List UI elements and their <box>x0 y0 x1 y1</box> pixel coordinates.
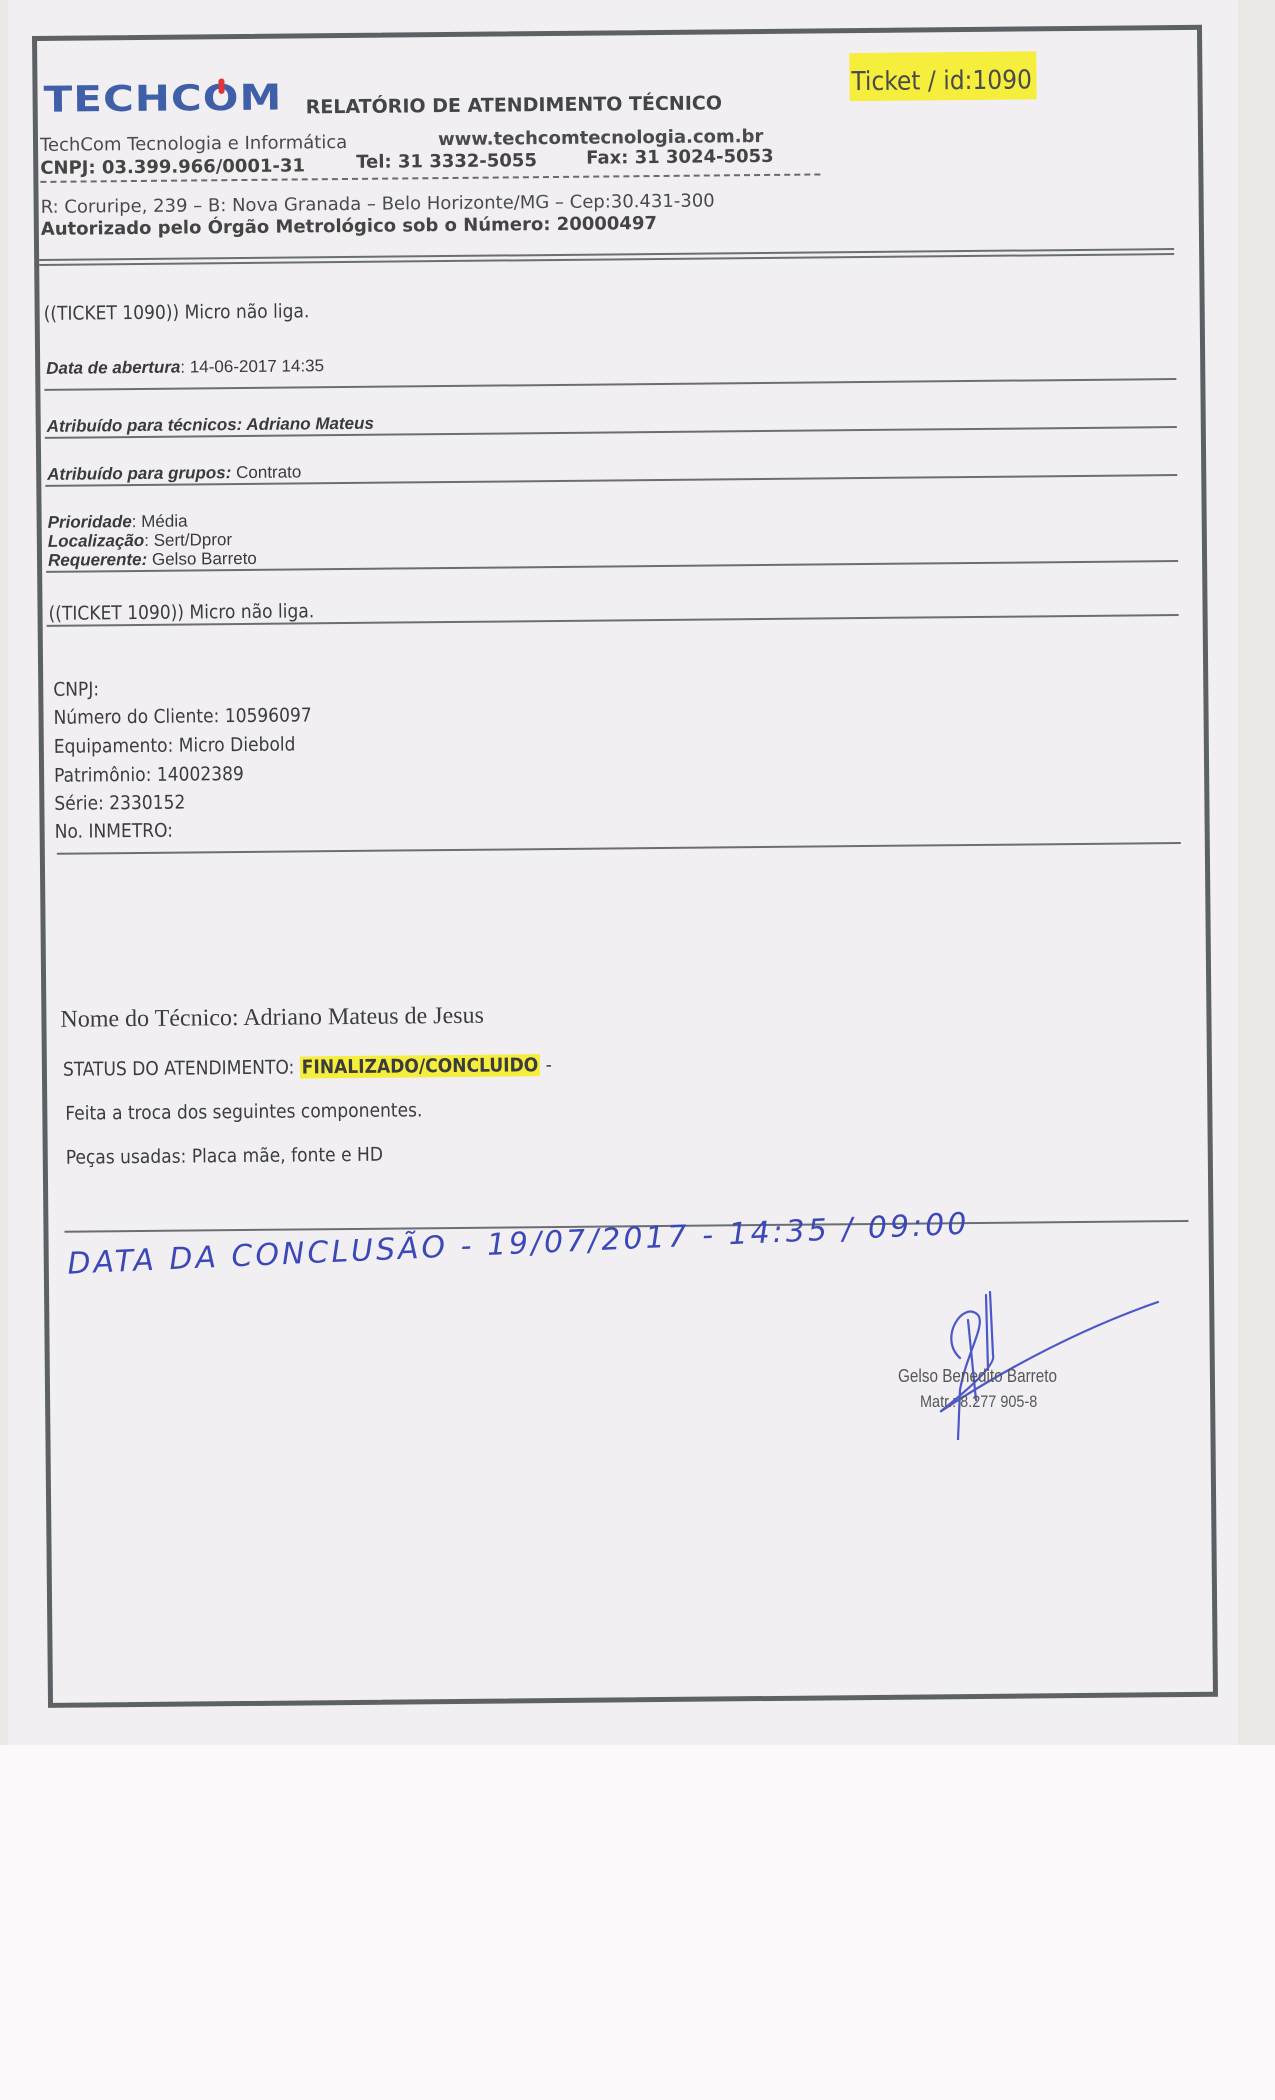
status-label: STATUS DO ATENDIMENTO: <box>63 1056 300 1080</box>
asset-number: Patrimônio: 14002389 <box>54 763 244 787</box>
opening-date-value: : 14-06-2017 14:35 <box>180 356 324 376</box>
priority: Prioridade: Média <box>48 512 188 533</box>
power-icon: O <box>203 77 240 119</box>
service-status: STATUS DO ATENDIMENTO: FINALIZADO/CONCLU… <box>63 1054 552 1081</box>
ticket-description: ((TICKET 1090)) Micro não liga. <box>48 600 314 625</box>
assigned-groups-label: Atribuído para grupos: <box>47 463 231 484</box>
inmetro-number: No. INMETRO: <box>55 820 174 843</box>
company-phone: Tel: 31 3332-5055 <box>356 150 537 173</box>
location-value: : Sert/Dpror <box>144 530 232 550</box>
paper-sheet: TECHCOM RELATÓRIO DE ATENDIMENTO TÉCNICO… <box>8 0 1238 1745</box>
company-fax: Fax: 31 3024-5053 <box>586 146 774 169</box>
assigned-groups-value: Contrato <box>231 462 301 482</box>
company-cnpj: CNPJ: 03.399.966/0001-31 <box>40 155 305 179</box>
signature-stamp-name: Gelso Benedito Barreto <box>898 1366 1057 1387</box>
form-border: TECHCOM RELATÓRIO DE ATENDIMENTO TÉCNICO… <box>32 25 1218 1708</box>
requester-value: Gelso Barreto <box>147 549 257 569</box>
techcom-logo: TECHCOM <box>43 76 282 120</box>
assigned-groups: Atribuído para grupos: Contrato <box>47 462 301 484</box>
client-number: Número do Cliente: 10596097 <box>53 704 311 728</box>
report-title: RELATÓRIO DE ATENDIMENTO TÉCNICO <box>306 92 722 118</box>
divider <box>44 378 1176 391</box>
serial-number: Série: 2330152 <box>54 792 185 815</box>
opening-date-label: Data de abertura <box>46 358 180 378</box>
signature-stamp-matr: Matr.: 8.277 905-8 <box>920 1392 1037 1412</box>
status-suffix: - <box>540 1054 552 1076</box>
assigned-technicians-label: Atribuído para técnicos: <box>47 415 243 436</box>
header-double-divider <box>39 248 1174 266</box>
status-badge: FINALIZADO/CONCLUIDO <box>300 1054 541 1078</box>
location-label: Localização <box>48 531 145 551</box>
ticket-id-badge: Ticket / id:1090 <box>849 51 1036 101</box>
scanned-page: TECHCOM RELATÓRIO DE ATENDIMENTO TÉCNICO… <box>0 0 1275 1745</box>
priority-label: Prioridade <box>48 512 132 532</box>
client-cnpj: CNPJ: <box>53 678 99 700</box>
metrology-authorization: Autorizado pelo Órgão Metrológico sob o … <box>41 213 657 240</box>
requester-label: Requerente: <box>48 550 147 570</box>
work-done: Feita a troca dos seguintes componentes. <box>65 1099 422 1124</box>
technician-name: Nome do Técnico: Adriano Mateus de Jesus <box>60 1003 484 1034</box>
opening-date: Data de abertura: 14-06-2017 14:35 <box>46 356 324 379</box>
priority-value: : Média <box>132 512 188 532</box>
divider <box>57 842 1181 855</box>
ticket-subject: ((TICKET 1090)) Micro não liga. <box>44 300 310 325</box>
signature-scribble <box>868 1280 1168 1440</box>
equipment: Equipamento: Micro Diebold <box>54 734 296 758</box>
requester: Requerente: Gelso Barreto <box>48 549 257 571</box>
assigned-technicians-value: Adriano Mateus <box>242 414 374 434</box>
company-name: TechCom Tecnologia e Informática <box>40 132 347 156</box>
handwritten-completion-date: DATA DA CONCLUSÃO - 19/07/2017 - 14:35 /… <box>67 1207 970 1282</box>
parts-used: Peças usadas: Placa mãe, fonte e HD <box>66 1144 383 1169</box>
